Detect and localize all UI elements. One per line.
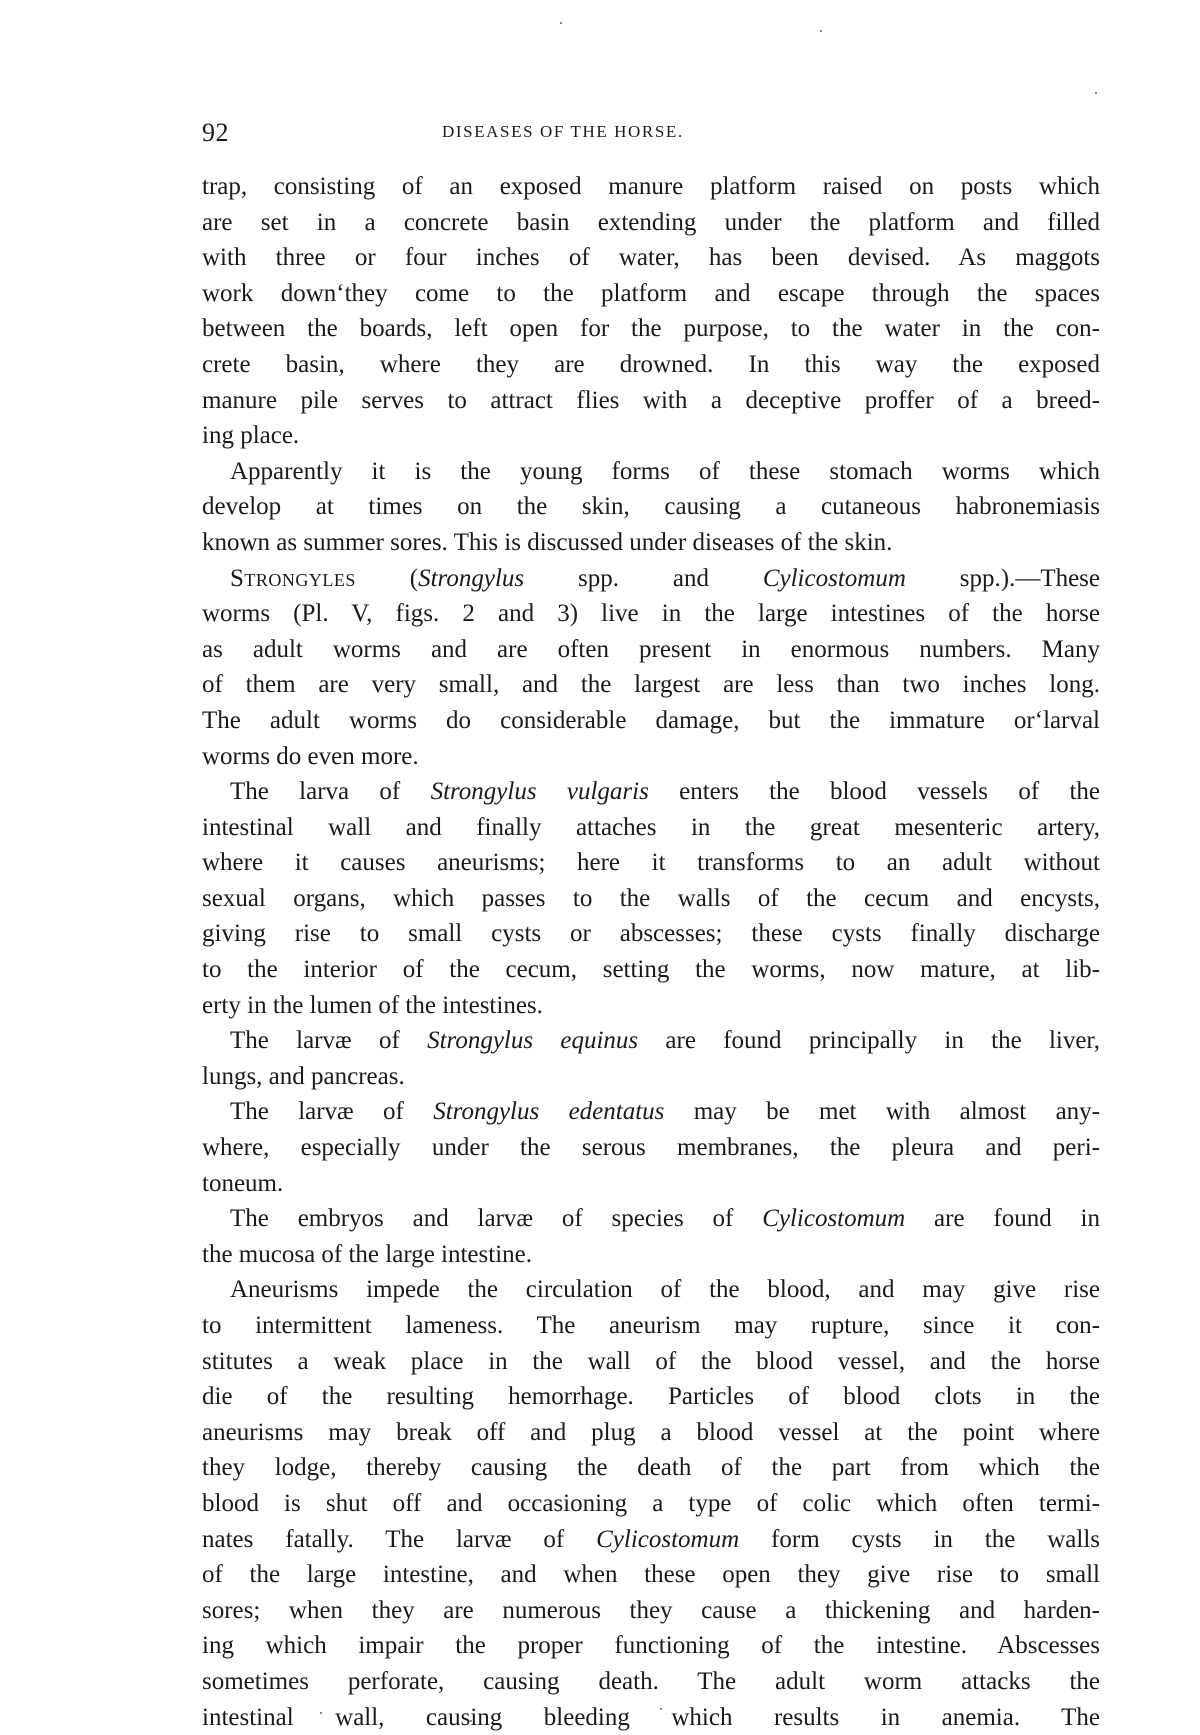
text-run: are found in [905, 1205, 1100, 1232]
text-line: toneum. [202, 1166, 1100, 1202]
paragraph-strongylus-vulgaris: The larva of Strongylus vulgaris enters … [202, 774, 1100, 1023]
text-line: The larva of Strongylus vulgaris enters … [202, 774, 1100, 810]
text-line: with three or four inches of water, has … [202, 240, 1100, 276]
scan-speck [660, 1708, 662, 1710]
text-line: Apparently it is the young forms of thes… [202, 454, 1100, 490]
text-line: blood is shut off and occasioning a type… [202, 1486, 1100, 1522]
text-line: nates fatally. The larvæ of Cylicostomum… [202, 1522, 1100, 1558]
text-run: nates fatally. The larvæ of [202, 1526, 596, 1553]
text-run: ( [410, 565, 418, 592]
species-name: Strongylus [418, 565, 524, 592]
text-line: sexual organs, which passes to the walls… [202, 881, 1100, 917]
text-line: to intermittent lameness. The aneurism m… [202, 1308, 1100, 1344]
running-head: 92 DISEASES OF THE HORSE. [202, 118, 1102, 148]
text-line: aneurisms may break off and plug a blood… [202, 1415, 1100, 1451]
text-line: trap, consisting of an exposed manure pl… [202, 169, 1100, 205]
text-line: work downʻthey come to the platform and … [202, 276, 1100, 312]
text-line: ing which impair the proper functioning … [202, 1628, 1100, 1664]
species-name: Strongylus edentatus [433, 1098, 664, 1125]
species-name: Strongylus equinus [427, 1027, 638, 1054]
text-run: form cysts in the walls [739, 1526, 1100, 1553]
text-line: Strongyles (Strongylus spp. and Cylicost… [202, 561, 1100, 597]
text-line: crete basin, where they are drowned. In … [202, 347, 1100, 383]
text-line: Aneurisms impede the circulation of the … [202, 1272, 1100, 1308]
scan-speck [560, 22, 562, 24]
text-line: worms do even more. [202, 739, 1100, 775]
text-line: intestinal wall and finally attaches in … [202, 810, 1100, 846]
species-name: Cylicostomum [762, 1205, 905, 1232]
text-line: stitutes a weak place in the wall of the… [202, 1344, 1100, 1380]
running-title: DISEASES OF THE HORSE. [442, 122, 684, 142]
text-line: known as summer sores. This is discussed… [202, 525, 1100, 561]
paragraph-cylicostomum-embryos: The embryos and larvæ of species of Cyli… [202, 1201, 1100, 1272]
text-line: The embryos and larvæ of species of Cyli… [202, 1201, 1100, 1237]
text-line: where, especially under the serous membr… [202, 1130, 1100, 1166]
text-line: between the boards, left open for the pu… [202, 311, 1100, 347]
text-line: develop at times on the skin, causing a … [202, 489, 1100, 525]
text-run: The embryos and larvæ of species of [230, 1205, 762, 1232]
text-line: The larvæ of Strongylus edentatus may be… [202, 1094, 1100, 1130]
text-line: the mucosa of the large intestine. [202, 1237, 1100, 1273]
scan-speck [820, 30, 822, 32]
text-run: The larvæ of [230, 1027, 427, 1054]
text-run: are found principally in the liver, [638, 1027, 1100, 1054]
text-line: where it causes aneurisms; here it trans… [202, 845, 1100, 881]
paragraph-manure-trap: trap, consisting of an exposed manure pl… [202, 169, 1100, 454]
section-heading-strongyles: Strongyles [230, 565, 356, 592]
text-line: to the interior of the cecum, setting th… [202, 952, 1100, 988]
text-line: erty in the lumen of the intestines. [202, 988, 1100, 1024]
text-line: are set in a concrete basin extending un… [202, 205, 1100, 241]
paragraph-strongyles: Strongyles (Strongylus spp. and Cylicost… [202, 561, 1100, 775]
text-run: The larva of [230, 778, 431, 805]
text-line: sores; when they are numerous they cause… [202, 1593, 1100, 1629]
species-name: Cylicostomum [596, 1526, 739, 1553]
paragraph-aneurisms: Aneurisms impede the circulation of the … [202, 1272, 1100, 1735]
paragraph-summer-sores: Apparently it is the young forms of thes… [202, 454, 1100, 561]
text-line: giving rise to small cysts or abscesses;… [202, 916, 1100, 952]
species-name: Strongylus vulgaris [431, 778, 649, 805]
text-line: as adult worms and are often present in … [202, 632, 1100, 668]
text-line: intestinal wall, causing bleeding which … [202, 1700, 1100, 1735]
text-line: The adult worms do considerable damage, … [202, 703, 1100, 739]
page-number: 92 [202, 118, 229, 148]
text-line: manure pile serves to attract flies with… [202, 383, 1100, 419]
text-line: ing place. [202, 418, 1100, 454]
document-page: 92 DISEASES OF THE HORSE. trap, consisti… [0, 0, 1200, 1735]
text-run: enters the blood vessels of the [649, 778, 1100, 805]
paragraph-strongylus-edentatus: The larvæ of Strongylus edentatus may be… [202, 1094, 1100, 1201]
text-line: worms (Pl. V, figs. 2 and 3) live in the… [202, 596, 1100, 632]
text-run: The larvæ of [230, 1098, 433, 1125]
species-name: Cylicostomum [763, 565, 906, 592]
text-line: lungs, and pancreas. [202, 1059, 1100, 1095]
paragraph-strongylus-equinus: The larvæ of Strongylus equinus are foun… [202, 1023, 1100, 1094]
text-run: may be met with almost any- [664, 1098, 1100, 1125]
scan-speck [320, 1712, 322, 1714]
text-line: of the large intestine, and when these o… [202, 1557, 1100, 1593]
scan-speck [470, 1720, 472, 1722]
text-line: of them are very small, and the largest … [202, 667, 1100, 703]
text-run: spp.).—These [906, 565, 1100, 592]
body-text: trap, consisting of an exposed manure pl… [202, 169, 1100, 1735]
scan-speck [1095, 92, 1097, 94]
text-line: The larvæ of Strongylus equinus are foun… [202, 1023, 1100, 1059]
text-line: they lodge, thereby causing the death of… [202, 1450, 1100, 1486]
text-line: die of the resulting hemorrhage. Particl… [202, 1379, 1100, 1415]
text-line: sometimes perforate, causing death. The … [202, 1664, 1100, 1700]
text-run: spp. and [524, 565, 763, 592]
